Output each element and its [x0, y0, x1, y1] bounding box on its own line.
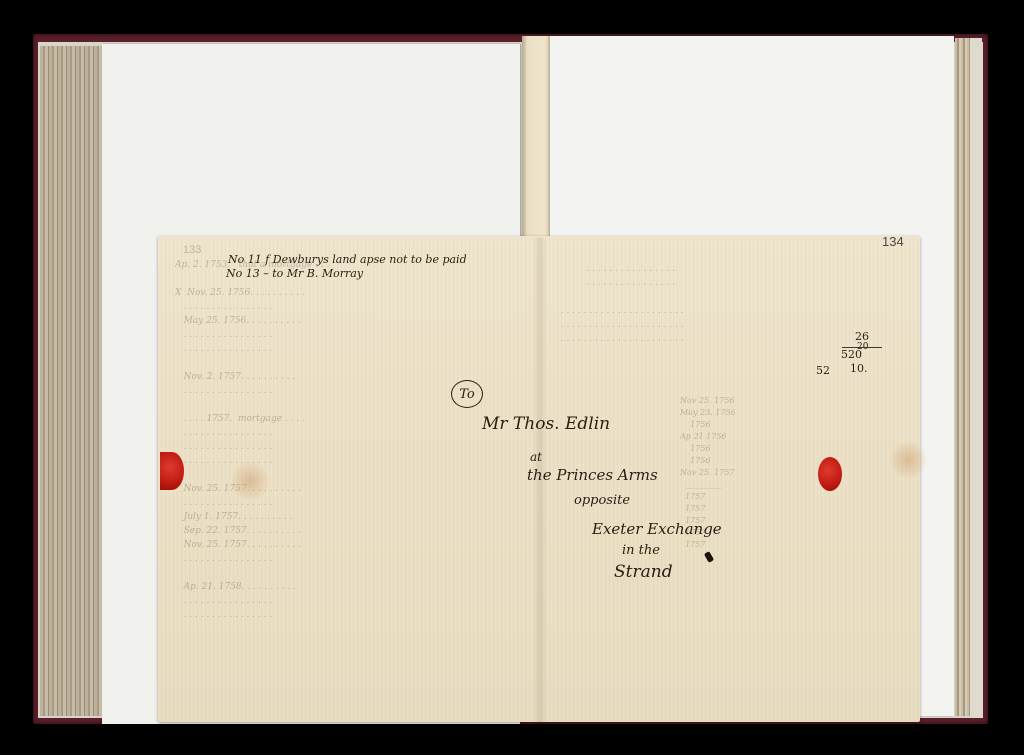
bleed-through-date-column: Nov 25. 1756 May 23. 1756 1756 Ap 21 175… — [680, 395, 770, 575]
folio-number-faint: 133 — [183, 244, 201, 256]
address-line-5: Strand — [614, 562, 673, 582]
red-wax-seal-right — [818, 457, 842, 491]
gutter-guard-stub — [522, 36, 550, 244]
calc-product: 520 — [841, 348, 862, 361]
docket-line-1: No 11 f Dewburys land apse not to be pai… — [228, 253, 467, 266]
address-recipient: Mr Thos. Edlin — [482, 414, 610, 434]
wax-stain-left — [232, 458, 268, 504]
address-to-circle: To — [451, 380, 483, 408]
address-to: To — [459, 387, 475, 402]
address-line-3: Exeter Exchange — [592, 520, 722, 538]
right-board-lining — [970, 38, 982, 718]
docket-line-2: No 13 – to Mr B. Morray — [226, 267, 363, 280]
left-page-stack-edge — [40, 46, 102, 716]
wax-stain-right — [888, 440, 928, 480]
address-line-1: the Princes Arms — [527, 466, 658, 484]
address-line-4: in the — [622, 543, 660, 558]
calc-remainder: 10. — [850, 362, 868, 375]
right-page-stack-edge — [955, 38, 970, 716]
address-line-2: opposite — [574, 493, 630, 508]
folio-number: 134 — [882, 234, 904, 249]
address-at: at — [530, 450, 542, 464]
calc-left-number: 52 — [816, 364, 830, 377]
bleed-through-text-left: Ap. 2. 1753. that a mortgage . . . X Nov… — [175, 258, 525, 718]
bleed-through-text-right: . . . . . . . . . . . . . . . . . . . . … — [555, 262, 855, 362]
red-wax-seal-left — [160, 452, 184, 490]
